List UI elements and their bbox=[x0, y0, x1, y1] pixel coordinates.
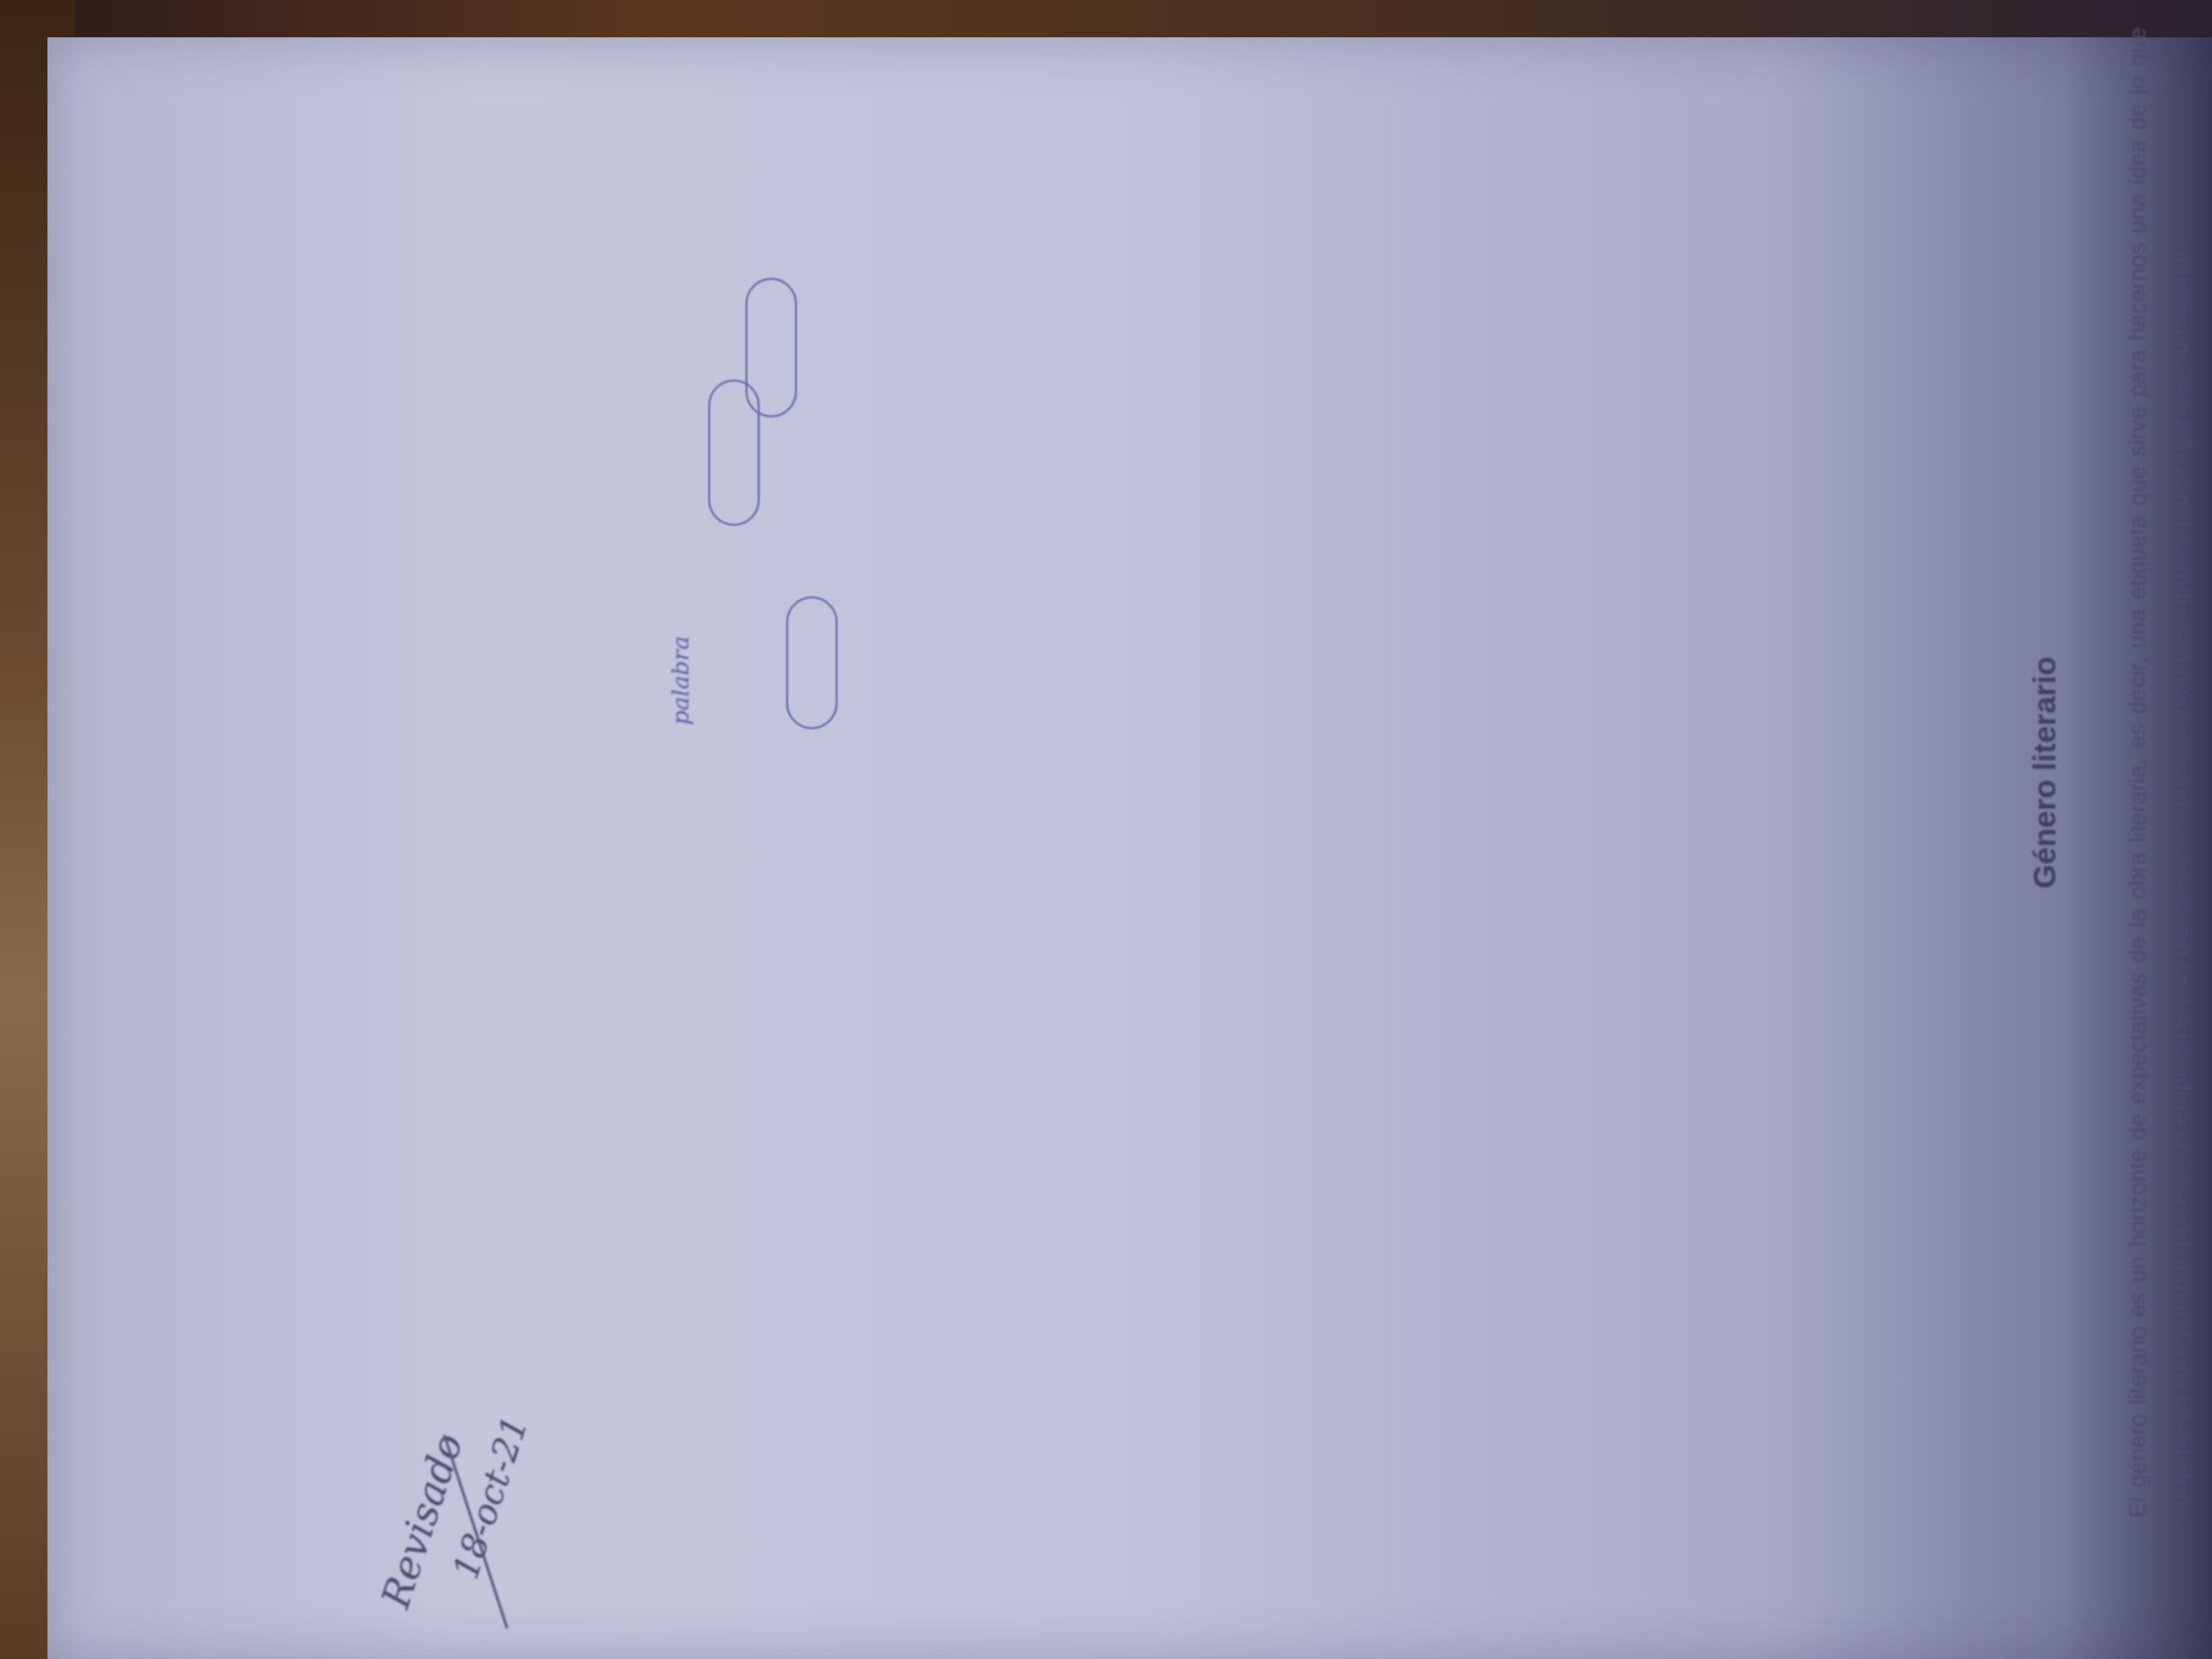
document-title: Género literario bbox=[2026, 27, 2063, 1518]
review-date: 18-oct-21 bbox=[445, 1411, 536, 1584]
review-word: Revisado bbox=[372, 1428, 472, 1614]
intro-paragraph-1: El género literario es un horizonte de e… bbox=[2117, 27, 2201, 1518]
paper-sheet bbox=[47, 37, 2212, 1659]
pen-circle-mark bbox=[786, 596, 838, 729]
pen-circle-mark bbox=[745, 278, 797, 417]
printed-page: Género literario El género literario es … bbox=[1999, 27, 2212, 1518]
handwritten-review-stamp: Revisado 18-oct-21 bbox=[380, 1403, 637, 1640]
handwritten-margin-note: palabra bbox=[668, 636, 695, 725]
